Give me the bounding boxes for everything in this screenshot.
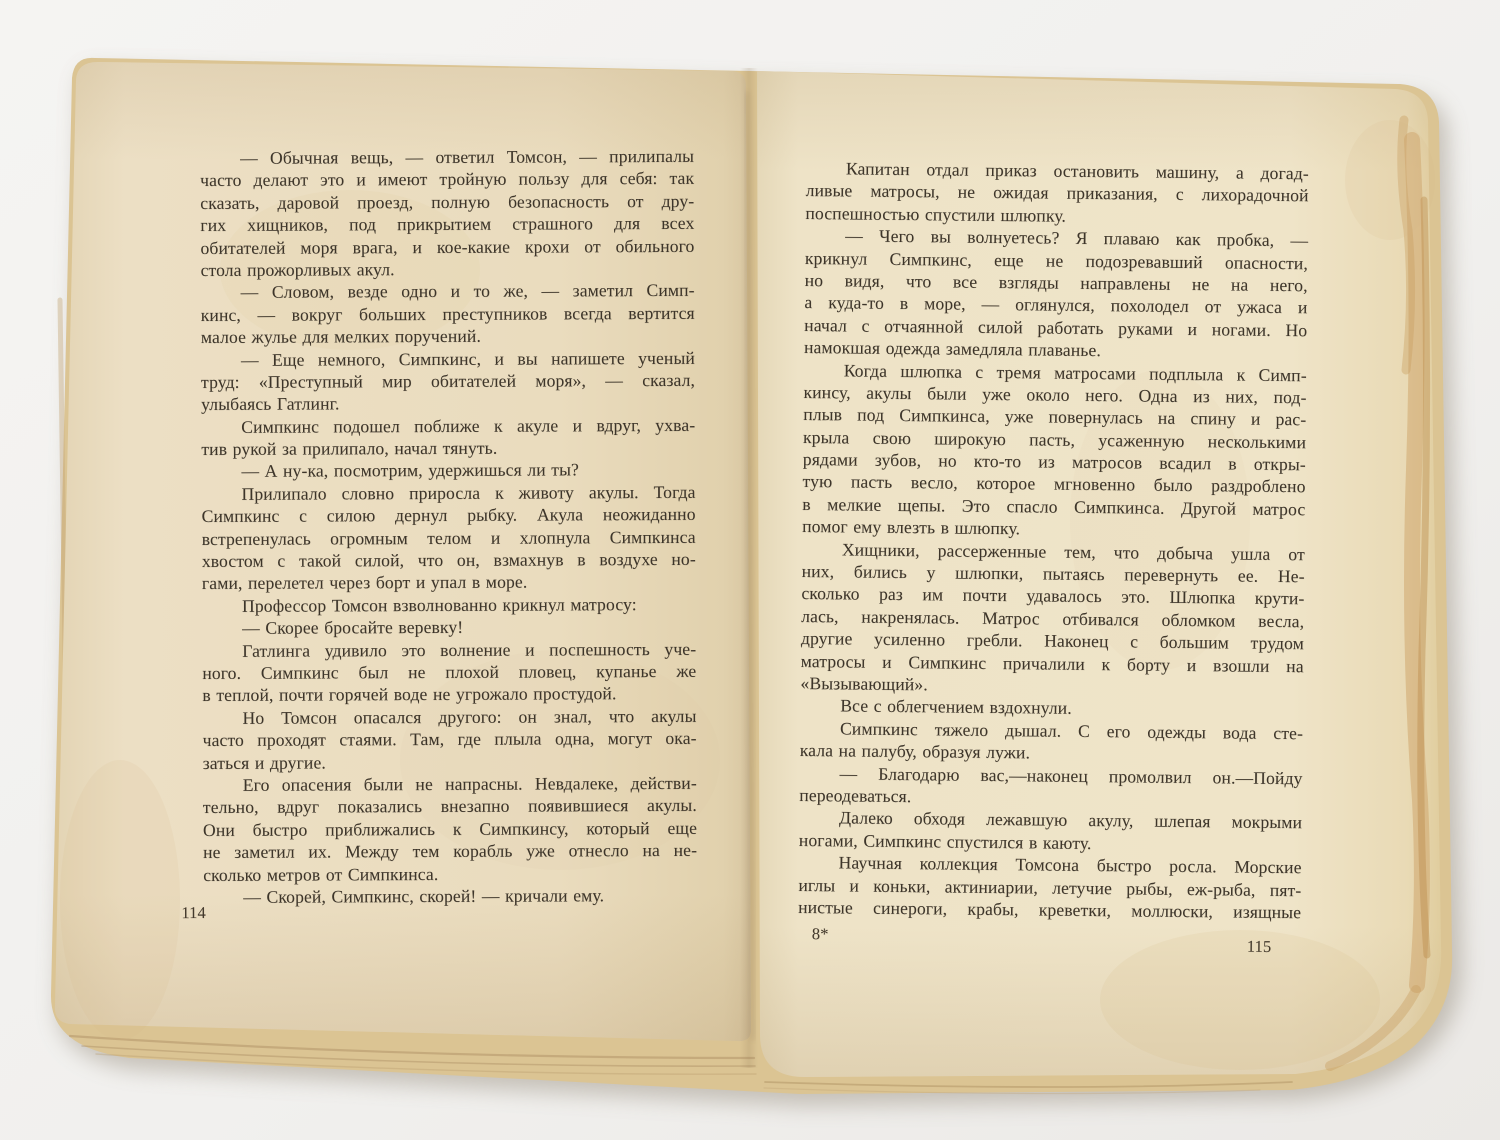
text-line: Симпкинс подошел поближе к акуле и вдруг…	[201, 414, 695, 439]
text-line: гих хищников, под прикрытием страшного д…	[200, 212, 694, 237]
text-line: тив рукой за прилипало, начал тянуть.	[201, 436, 695, 461]
text-line: Его опасения были не напрасны. Невдалеке…	[203, 772, 697, 797]
text-line: часто делают это и имеют тройную пользу …	[200, 167, 694, 192]
right-page: Капитан отдал приказ остановить машину, …	[798, 157, 1309, 924]
book-photo: — Обычная вещь, — ответил Томсон, — прил…	[0, 0, 1500, 1140]
text-line: Симпкинс с силою дернул рыбку. Акула нео…	[202, 503, 696, 528]
text-line: — Обычная вещь, — ответил Томсон, — прил…	[200, 145, 694, 170]
text-line: в теплой, почти горячей воде не угрожало…	[202, 682, 696, 707]
text-line: — А ну-ка, посмотрим, удержишься ли ты?	[201, 458, 695, 483]
text-line: кинс, — вокруг больших преступников всег…	[201, 302, 695, 327]
text-line: — Словом, везде одно и то же, — заметил …	[201, 279, 695, 304]
text-line: заться и другие.	[203, 749, 697, 774]
gutter-shadow	[740, 68, 758, 1068]
text-line: труд: «Преступный мир обитателей моря», …	[201, 369, 695, 394]
text-line: гами, перелетел через борт и упал в море…	[202, 570, 696, 595]
right-page-number: 115	[1247, 936, 1272, 959]
text-line: хвостом с такой силой, что он, взмахнув …	[202, 548, 696, 573]
text-line: сколько метров от Симпкинса.	[203, 861, 697, 886]
text-line: Профессор Томсон взволнованно крикнул ма…	[202, 593, 696, 618]
text-line: Они быстро приближались к Симпкинсу, кот…	[203, 817, 697, 842]
text-line: сказать, даровой проезд, полную безопасн…	[200, 190, 694, 215]
text-line: обитателей моря врага, и кое-какие крохи…	[200, 234, 694, 259]
text-line: не заметил их. Между тем корабль уже отн…	[203, 839, 697, 864]
signature-mark: 8*	[812, 923, 829, 946]
left-page-number: 114	[181, 902, 206, 925]
text-line: — Скорей, Симпкинс, скорей! — кричали ем…	[203, 884, 697, 909]
text-line: Гатлинга удивило это волнение и поспешно…	[202, 637, 696, 662]
text-line: улыбаясь Гатлинг.	[201, 391, 695, 416]
text-line: Но Томсон опасался другого: он знал, что…	[202, 705, 696, 730]
text-line: тельно, вдруг показались внезапно появив…	[203, 794, 697, 819]
text-line: малое жулье для мелких поручений.	[201, 324, 695, 349]
left-page: — Обычная вещь, — ответил Томсон, — прил…	[200, 145, 697, 908]
text-line: — Скорее бросайте веревку!	[202, 615, 696, 640]
left-page-text-block: — Обычная вещь, — ответил Томсон, — прил…	[200, 145, 697, 908]
text-line: ного. Симпкинс был не плохой пловец, куп…	[202, 660, 696, 685]
text-line: часто проходят стаями. Там, где плыла од…	[203, 727, 697, 752]
text-line: Прилипало словно приросла к животу акулы…	[201, 481, 695, 506]
text-line: стола прожорливых акул.	[200, 257, 694, 282]
text-line: — Еще немного, Симпкинс, и вы напишете у…	[201, 346, 695, 371]
right-page-text-block: Капитан отдал приказ остановить машину, …	[798, 157, 1309, 924]
text-line: встрепенулась огромным телом и хлопнула …	[202, 525, 696, 550]
